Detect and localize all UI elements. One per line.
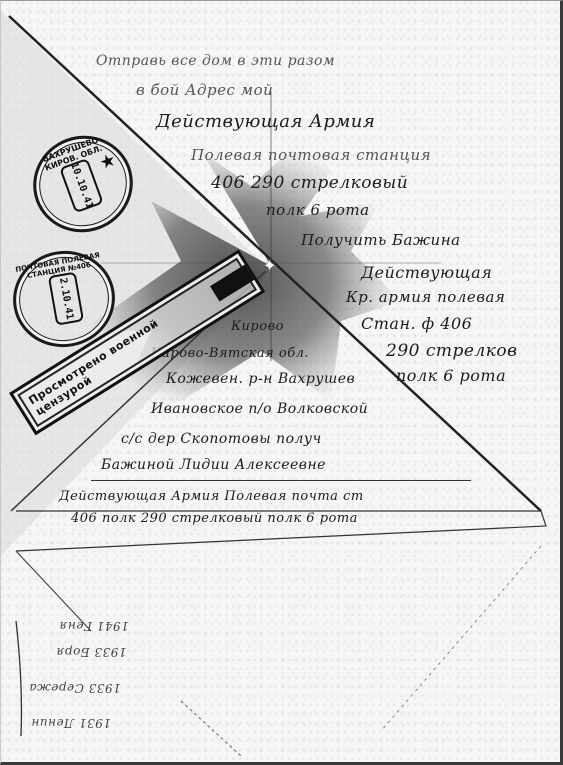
underline xyxy=(91,480,471,481)
pinhole-mark-icon: ✦ xyxy=(263,259,279,275)
address-line: Кирово xyxy=(231,319,284,334)
address-line: Кожевен. р-н Вахрушев xyxy=(166,371,355,387)
text-line: в бой Адрес мой xyxy=(136,81,273,99)
text-line: Действующая Армия xyxy=(156,111,375,132)
recipient-line: Кр. армия полевая xyxy=(346,288,505,306)
upside-down-note: 1933 Боря xyxy=(56,645,127,659)
bottom-line: 406 полк 290 стрелковый полк 6 рота xyxy=(71,511,358,526)
recipient-line: Стан. ф 406 xyxy=(361,314,472,333)
sender-line: Получить Бажина xyxy=(301,231,461,249)
text-line: Полевая почтовая станция xyxy=(191,146,431,164)
recipient-line: полк 6 рота xyxy=(396,366,506,385)
upside-down-note: 1933 Сережа xyxy=(29,681,121,695)
upside-down-note: 1941 Геня xyxy=(59,619,129,633)
text-line: Отправь все дом в эти разом xyxy=(96,53,335,69)
address-line: с/с дер Скопотовы получ xyxy=(121,431,322,447)
bottom-line: Действующая Армия Полевая почта ст xyxy=(59,489,364,504)
address-line: Ивановское п/о Волковской xyxy=(151,401,368,417)
recipient-line: Действующая xyxy=(361,263,492,282)
scanned-letter: Отправь все дом в эти разом в бой Адрес … xyxy=(0,0,563,765)
text-line: полк 6 рота xyxy=(266,201,370,219)
text-line: 406 290 стрелковый xyxy=(211,173,408,193)
addressee-name: Бажиной Лидии Алексеевне xyxy=(101,457,326,473)
censor-block xyxy=(210,265,254,302)
upside-down-note: 1931 Ленин xyxy=(31,716,111,730)
recipient-line: 290 стрелков xyxy=(386,341,518,361)
